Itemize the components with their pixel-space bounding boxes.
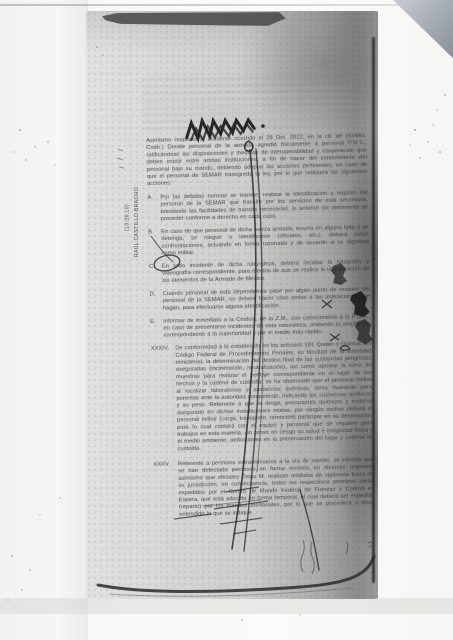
photocopied-page: RAÚL CASTILLO BRACHO (10:26:10) Asimismo… [86,11,378,599]
scanned-document-page: RAÚL CASTILLO BRACHO (10:26:10) Asimismo… [0,0,453,640]
corner-fold-triangle [391,0,453,60]
scanner-bottom-strip [0,598,453,614]
scanner-shadow-band [58,0,88,640]
photocopy-shading [86,11,378,599]
